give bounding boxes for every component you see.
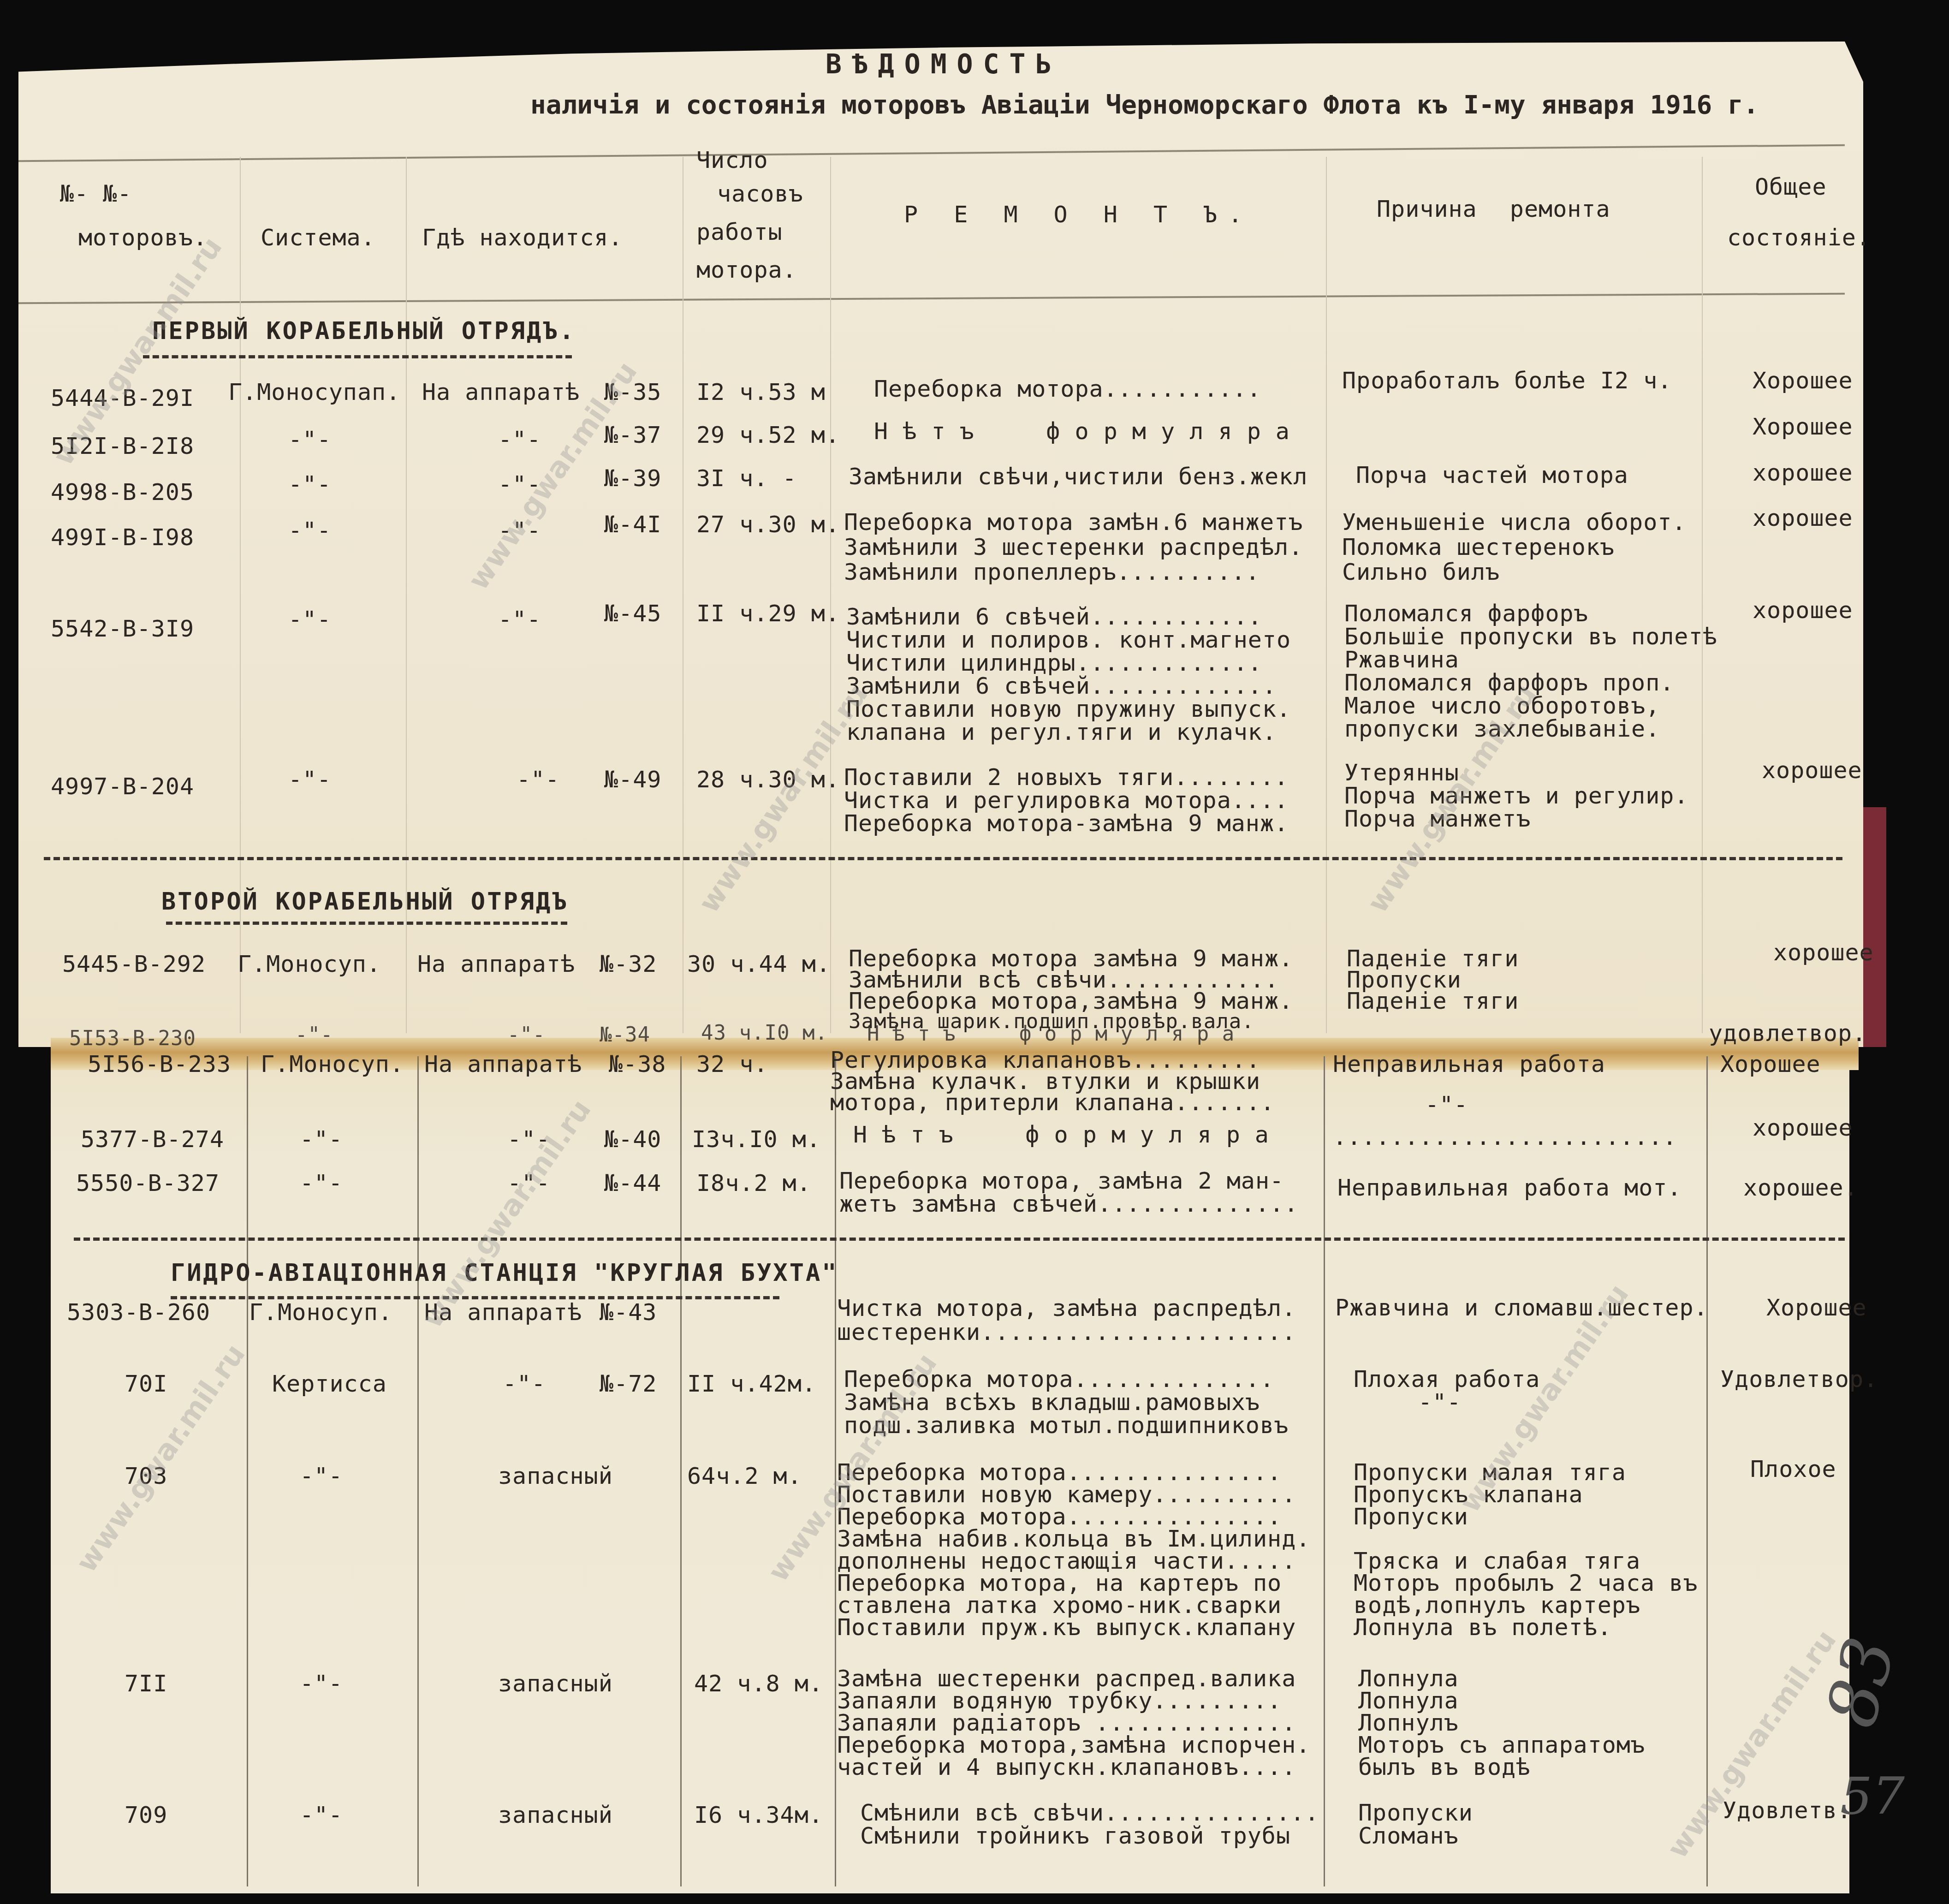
reason-line: Паденіе тяги [1347,990,1519,1011]
column-divider [680,1056,682,1886]
motor-hours: I6 ч.34м. [694,1803,823,1827]
reason-line: ........................ [1333,1125,1677,1148]
motor-system: -"- [300,1128,343,1151]
motor-hours: 30 ч.44 м. [687,952,831,976]
repair-lines: Замѣна шестеренки распред.валика Запаяли… [837,1667,1310,1778]
motor-location: На аппаратѣ [417,952,575,976]
motor-number: 5445-B-292 [62,952,206,976]
reason-line: былъ въ водѣ [1358,1756,1645,1778]
condition: хорошее [1753,461,1853,484]
reason-line: пропуски захлебываніе. [1344,717,1717,740]
condition: Хорошее [1720,1053,1821,1076]
reason-line: Моторъ пробылъ 2 часа въ [1354,1572,1698,1594]
repair-line: клапана и регул.тяги и кулачк. [846,720,1291,744]
aircraft-number: №-38 [609,1053,666,1076]
reason-line: -"- [1425,1093,1468,1116]
reason-lines: Поломался фарфоръ Большіе пропуски въ по… [1344,602,1717,740]
repair-line: Поставили 2 новыхъ тяги........ [844,766,1289,789]
repair-line: Смѣнили тройникъ газовой трубы [860,1824,1319,1847]
reason-lines: Пропуски малая тяга Пропускъ клапана Про… [1354,1461,1698,1638]
column-divider [1702,157,1703,1033]
repair-line: шестеренки...................... [837,1320,1296,1344]
reason-lines: Утерянны Порча манжетъ и регулир. Порча … [1344,761,1688,830]
repair-line: Чистили и полиров. конт.магнето [846,628,1291,651]
motor-number: 7II [125,1672,167,1695]
repair-line: Н ѣ т ъ ф о р м у л я р а [853,1123,1269,1146]
motor-system: -"- [288,608,331,631]
repair-line: Запаяли водяную трубку......... [837,1690,1310,1712]
repair-lines: Чистка мотора, замѣна распредѣл. шестере… [837,1296,1296,1344]
repair-lines: Переборка мотора, замѣна 2 ман- жетъ зам… [839,1169,1298,1215]
motor-number: 4998-B-205 [51,481,194,504]
condition: Хорошее [1753,369,1853,392]
aircraft-number: №-39 [604,467,661,490]
reason-line: Порча манжетъ [1344,807,1688,830]
motor-hours: I2 ч.53 м [696,381,826,404]
motor-system: -"- [300,1172,343,1195]
motor-location: На аппаратѣ [422,381,580,404]
condition: Удовлетвор. [1720,1368,1878,1391]
aircraft-number: №-72 [600,1372,657,1395]
motor-system: -"- [288,519,331,542]
motor-location: -"- [507,1025,545,1045]
column-divider [247,1056,248,1886]
motor-system: -"- [300,1464,343,1487]
repair-line: Замѣна набив.кольца въ Iм.цилинд. [837,1528,1310,1550]
repair-lines: Поставили 2 новыхъ тяги........ Чистка и… [844,766,1289,835]
repair-line: Замѣнили пропеллеръ.......... [844,559,1303,584]
section-title-seaplane-station: ГИДРО-АВІАЦІОННАЯ СТАНЦІЯ "КРУГЛАЯ БУХТА… [171,1259,838,1287]
repair-line: Поставили новую камеру.......... [837,1483,1310,1505]
motor-system: -"- [288,473,331,496]
repair-line: Запаяли радіаторъ .............. [837,1712,1310,1734]
repair-line: Чистка мотора, замѣна распредѣл. [837,1296,1296,1320]
repair-lines: Переборка мотора замѣна 9 манж. Замѣнили… [849,948,1293,1032]
column-divider [1326,157,1327,1033]
reason-line: Уменьшеніе числа оборот. [1342,510,1686,535]
aircraft-number: №-45 [604,602,661,625]
repair-line: Замѣна шестеренки распред.валика [837,1667,1310,1690]
reason-line: Порча манжетъ и регулир. [1344,784,1688,807]
repair-line: ставлена латка хромо-ник.сварки [837,1594,1310,1616]
motor-hours: I8ч.2 м. [696,1172,811,1195]
repair-line: Замѣнили 3 шестеренки распредѣл. [844,535,1303,559]
condition: Хорошее [1753,415,1853,438]
column-divider [683,157,683,1033]
repair-line: жетъ замѣна свѣчей.............. [839,1192,1298,1215]
reason-line [1354,1528,1698,1550]
aircraft-number: №-43 [600,1301,657,1324]
condition: хорошее [1773,941,1874,964]
repair-lines: Замѣнили 6 свѣчей............ Чистили и … [846,605,1291,744]
reason-lines: Лопнула Лопнула Лопнулъ Моторъ съ аппара… [1358,1667,1645,1778]
reason-line: Поломка шестеренокъ [1342,535,1686,559]
section-title-first-detachment: ПЕРВЫЙ КОРАБЕЛЬНЫЙ ОТРЯДЪ. [152,317,576,345]
reason-line: Порча частей мотора [1356,464,1628,487]
motor-system: Г.Моносуп. [249,1301,392,1324]
repair-line: Смѣнили всѣ свѣчи............... [860,1801,1319,1824]
reason-line: Неправильная работа мот. [1337,1176,1682,1199]
motor-system: -"- [300,1672,343,1695]
header-number-line1: №- №- [60,182,132,205]
repair-lines: Регулировка клапановъ......... Замѣна ку… [830,1049,1275,1113]
header-hours-line3: работы [696,220,783,244]
motor-system: -"- [295,1025,333,1045]
repair-line: Переборка мотора-замѣна 9 манж. [844,812,1289,835]
reason-line: Сломанъ [1358,1824,1473,1847]
condition: хорошее [1762,759,1862,782]
motor-system: Кертисса [272,1372,387,1395]
repair-line: Чистили цилиндры............. [846,651,1291,674]
handwritten-mark: 57 [1840,1767,1905,1826]
motor-number: 5I56-B-233 [88,1053,231,1076]
condition: Хорошее [1766,1296,1867,1319]
motor-hours: 64ч.2 м. [687,1464,802,1487]
reason-line: Тряска и слабая тяга [1354,1550,1698,1572]
motor-hours: 32 ч. [696,1053,768,1076]
motor-number: 5377-B-274 [81,1128,224,1151]
column-divider [1706,1056,1708,1886]
motor-system: Г.Моносуп. [261,1053,404,1076]
condition: хорошее [1753,599,1853,622]
motor-system: -"- [288,768,331,791]
reason-line: Лопнулъ [1358,1712,1645,1734]
repair-line: Переборка мотора............... [837,1461,1310,1483]
repair-line: подш.заливка мотыл.подшипниковъ [844,1414,1289,1437]
reason-line: Пропуски [1354,1505,1698,1528]
motor-hours: 29 ч.52 м. [696,423,840,446]
motor-number: 70I [125,1372,167,1395]
motor-system: Г.Моносупап. [228,381,400,404]
repair-line: Замѣнили свѣчи,чистили бенз.жекл [849,465,1307,488]
aircraft-number: №-44 [604,1172,661,1195]
repair-line: дополнены недостающія части..... [837,1550,1310,1572]
section-title-second-detachment: ВТОРОЙ КОРАБЕЛЬНЫЙ ОТРЯДЪ [161,888,569,916]
reason-line: Ржавчина и сломавш.шестер. [1335,1296,1708,1319]
header-number-line2: моторовъ. [78,226,208,249]
reason-line: водѣ,лопнулъ картеръ [1354,1594,1698,1616]
reason-line: Сильно билъ [1342,559,1686,584]
reason-lines: Паденіе тяги Пропуски Паденіе тяги [1347,948,1519,1011]
header-hours-line2: часовъ [717,182,803,205]
motor-location: На аппаратѣ [424,1053,582,1076]
motor-hours: II ч.29 м. [696,602,840,625]
repair-line: Чистка и регулировка мотора.... [844,789,1289,812]
motor-system: -"- [300,1803,343,1827]
reason-line: -"- [1418,1391,1461,1414]
motor-number: 499I-B-I98 [51,526,194,549]
repair-lines: Переборка мотора............... Поставил… [837,1461,1310,1638]
repair-line: Поставили новую пружину выпуск. [846,697,1291,720]
motor-number: 5303-B-260 [67,1301,210,1324]
reason-line: Большіе пропуски въ полетѣ [1344,625,1717,648]
aircraft-number: №-40 [604,1128,661,1151]
motor-hours: 42 ч.8 м. [694,1672,823,1695]
motor-location: -"- [503,1372,546,1395]
section-underline [143,355,572,358]
reason-line: Лопнула [1358,1667,1645,1690]
header-location: Гдѣ находится. [422,226,623,249]
motor-number: 709 [125,1803,167,1827]
repair-line: Замѣнили 6 свѣчей............ [846,605,1291,628]
header-condition-line1: Общее [1755,175,1827,198]
motor-hours: 43 ч.I0 м. [701,1023,828,1043]
reason-lines: Пропуски Сломанъ [1358,1801,1473,1847]
reason-line: Моторъ съ аппаратомъ [1358,1734,1645,1756]
aircraft-number: №-49 [604,768,661,791]
repair-line: Поставили пруж.къ выпуск.клапану [837,1616,1310,1638]
reason-lines: Уменьшеніе числа оборот. Поломка шестере… [1342,510,1686,584]
reason-line: Ржавчина [1344,648,1717,671]
motor-location: запасный [498,1803,613,1827]
repair-line: Переборка мотора............... [837,1505,1310,1528]
motor-number: 5I53-B-230 [69,1029,196,1049]
condition: хорошее. [1743,1176,1858,1199]
motor-number: 5542-B-3I9 [51,617,194,640]
header-hours-line4: мотора. [696,258,797,281]
header-system: Система. [261,226,375,249]
repair-line: Переборка мотора, на картеръ по [837,1572,1310,1594]
reason-line: Пропуски малая тяга [1354,1461,1698,1483]
document-title: ВѢДОМОСТЬ [826,48,1062,80]
header-reason: Причина ремонта [1377,197,1610,220]
motor-location: -"- [498,428,541,451]
column-divider [1324,1056,1325,1886]
reason-line: Утерянны [1344,761,1688,784]
repair-line: Переборка мотора, замѣна 2 ман- [839,1169,1298,1192]
header-repair: Р Е М О Н Т Ъ. [904,203,1253,226]
motor-hours: 27 ч.30 м. [696,513,840,536]
repair-line: Переборка мотора,замѣна испорчен. [837,1734,1310,1756]
repair-line: Переборка мотора замѣн.6 манжетъ [844,510,1303,535]
reason-line: Пропуски [1358,1801,1473,1824]
reason-line: Поломался фарфоръ [1344,602,1717,625]
motor-hours: I3ч.I0 м. [692,1128,821,1151]
repair-line: частей и 4 выпускн.клапановъ.... [837,1756,1310,1778]
section-underline [166,922,567,925]
condition: удовлетвор. [1709,1022,1866,1045]
motor-location: запасный [498,1672,613,1695]
repair-line: Замѣнили 6 свѣчей............. [846,674,1291,697]
reason-line: Плохая работа [1354,1368,1540,1391]
repair-line: Переборка мотора,замѣна 9 манж. [849,990,1293,1011]
condition: хорошее [1753,1116,1853,1139]
column-divider [830,157,831,1033]
section-separator [44,857,1842,860]
motor-location: запасный [498,1464,613,1487]
motor-location: -"- [498,608,541,631]
aircraft-number: №-32 [600,952,657,976]
motor-hours: 3I ч. - [696,467,797,490]
aircraft-number: №-4I [604,513,661,536]
repair-line: Переборка мотора........... [874,377,1261,400]
repair-line: Н ѣ т ъ ф о р м у л я р а [874,420,1290,443]
motor-location: -"- [517,768,559,791]
condition: хорошее [1753,506,1853,530]
header-condition-line2: состояніе. [1727,226,1871,249]
motor-number: 5550-B-327 [76,1172,220,1195]
reason-line: Лопнула [1358,1690,1645,1712]
column-divider [417,1056,419,1886]
section-separator [74,1238,1845,1241]
reason-line: Пропускъ клапана [1354,1483,1698,1505]
header-hours-line1: Число [696,149,768,172]
repair-line: мотора, притерли клапана....... [830,1092,1275,1113]
motor-system: -"- [288,428,331,451]
reason-line: Проработалъ болѣе I2 ч. [1342,369,1672,392]
reason-line: Лопнула въ полетѣ. [1354,1616,1698,1638]
motor-system: Г.Моносуп. [238,952,381,976]
motor-number: 4997-B-204 [51,775,194,798]
condition: Плохое [1750,1458,1836,1481]
reason-line: Неправильная работа [1333,1053,1605,1076]
aircraft-number: №-34 [600,1025,650,1045]
repair-line: Н ѣ т ъ ф о р м у л я р а [867,1024,1235,1044]
repair-lines: Смѣнили всѣ свѣчи............... Смѣнили… [860,1801,1319,1847]
motor-hours: II ч.42м. [687,1372,816,1395]
document-subtitle: наличія и состоянія моторовъ Авіаціи Чер… [530,90,1759,120]
aircraft-number: №-37 [604,423,661,446]
condition: Удовлетв. [1723,1799,1852,1822]
repair-lines: Переборка мотора замѣн.6 манжетъ Замѣнил… [844,510,1303,584]
